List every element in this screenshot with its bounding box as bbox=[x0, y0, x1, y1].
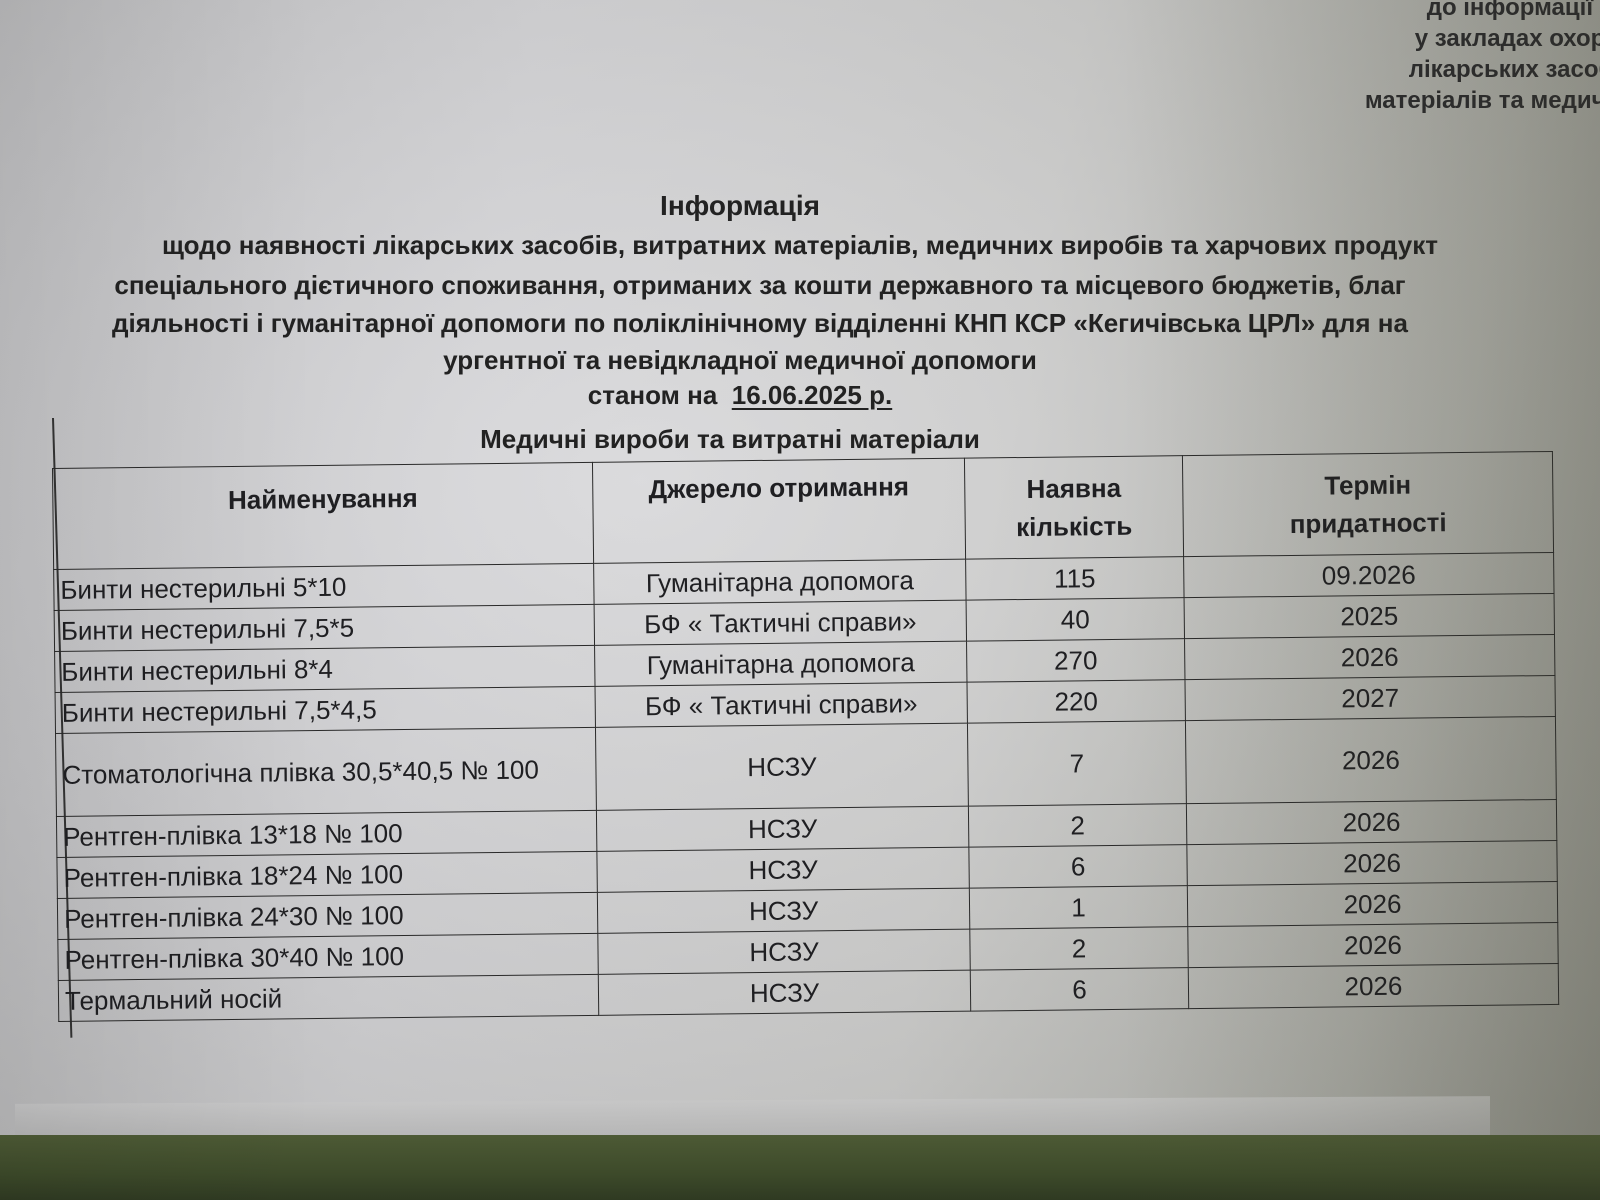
column-header-expiry-line: Термін bbox=[1189, 464, 1546, 506]
cell-name: Стоматологічна плівка 30,5*40,5 № 100 bbox=[56, 727, 597, 816]
column-header-expiry: Термін придатності bbox=[1182, 451, 1553, 556]
cell-name: Термальний носій bbox=[58, 974, 598, 1021]
cell-source: Гуманітарна допомога bbox=[595, 641, 967, 686]
cell-expiry: 2026 bbox=[1188, 922, 1558, 967]
date-value: 16.06.2025 р. bbox=[732, 380, 892, 410]
cell-source: НСЗУ bbox=[596, 806, 968, 851]
cell-source: НСЗУ bbox=[598, 970, 970, 1015]
description-line-2: спеціального дієтичного споживання, отри… bbox=[0, 270, 1560, 301]
corner-note: до інформації щ у закладах охоро лікарсь… bbox=[1365, 0, 1600, 116]
cell-quantity: 220 bbox=[967, 680, 1185, 723]
cell-name: Рентген-плівка 13*18 № 100 bbox=[56, 810, 596, 857]
as-of-date: станом на 16.06.2025 р. bbox=[0, 380, 1540, 411]
cell-name: Бинти нестерильні 7,5*4,5 bbox=[55, 686, 595, 733]
column-header-expiry-line: придатності bbox=[1190, 502, 1547, 544]
corner-note-line: лікарських засобі bbox=[1365, 54, 1600, 85]
cell-expiry: 2026 bbox=[1185, 634, 1555, 679]
cell-quantity: 2 bbox=[970, 927, 1188, 970]
cell-expiry: 2026 bbox=[1186, 799, 1556, 844]
cell-quantity: 6 bbox=[969, 845, 1187, 888]
cell-expiry: 2026 bbox=[1187, 840, 1557, 885]
description-line-3: діяльності і гуманітарної допомоги по по… bbox=[0, 308, 1560, 339]
cell-quantity: 40 bbox=[966, 598, 1184, 641]
cell-source: НСЗУ bbox=[595, 723, 968, 810]
cell-quantity: 7 bbox=[967, 721, 1186, 806]
cell-quantity: 2 bbox=[968, 804, 1186, 847]
inventory-table-wrap: Найменування Джерело отримання Наявна кі… bbox=[52, 451, 1573, 1022]
cell-quantity: 6 bbox=[970, 968, 1188, 1011]
corner-note-line: у закладах охоро bbox=[1365, 23, 1600, 54]
cell-expiry: 2026 bbox=[1187, 881, 1557, 926]
section-title: Медичні вироби та витратні матеріали bbox=[0, 424, 1530, 455]
cell-expiry: 09.2026 bbox=[1184, 552, 1554, 597]
cell-source: БФ « Тактичні справи» bbox=[595, 682, 967, 727]
date-prefix: станом на bbox=[588, 380, 718, 410]
cell-name: Бинти нестерильні 7,5*5 bbox=[54, 604, 594, 651]
cell-name: Рентген-плівка 30*40 № 100 bbox=[58, 933, 598, 980]
column-header-name: Найменування bbox=[53, 462, 594, 569]
column-header-source: Джерело отримання bbox=[592, 458, 965, 563]
cell-name: Рентген-плівка 24*30 № 100 bbox=[57, 892, 597, 939]
column-header-quantity-line: кількість bbox=[972, 506, 1177, 546]
description-line-4: ургентної та невідкладної медичної допом… bbox=[0, 345, 1540, 376]
table-header-row: Найменування Джерело отримання Наявна кі… bbox=[53, 451, 1554, 569]
cell-expiry: 2026 bbox=[1188, 963, 1558, 1008]
cell-expiry: 2025 bbox=[1184, 593, 1554, 638]
corner-note-line: до інформації щ bbox=[1365, 0, 1600, 23]
corner-note-line: матеріалів та медичн bbox=[1365, 85, 1600, 116]
column-header-quantity: Наявна кількість bbox=[964, 456, 1183, 559]
cell-source: НСЗУ bbox=[597, 847, 969, 892]
cell-source: НСЗУ bbox=[597, 888, 969, 933]
cell-quantity: 1 bbox=[969, 886, 1187, 929]
green-board-background bbox=[0, 1135, 1600, 1200]
inventory-table: Найменування Джерело отримання Наявна кі… bbox=[52, 451, 1559, 1022]
cell-quantity: 115 bbox=[966, 557, 1184, 600]
description-line-1: щодо наявності лікарських засобів, витра… bbox=[0, 230, 1600, 261]
cell-name: Рентген-плівка 18*24 № 100 bbox=[57, 851, 597, 898]
cell-expiry: 2027 bbox=[1185, 675, 1555, 720]
cell-quantity: 270 bbox=[967, 639, 1185, 682]
column-header-quantity-line: Наявна bbox=[971, 468, 1176, 508]
document-title: Інформація bbox=[0, 190, 1540, 222]
cell-source: БФ « Тактичні справи» bbox=[594, 600, 966, 645]
cell-source: Гуманітарна допомога bbox=[594, 559, 966, 604]
cell-name: Бинти нестерильні 8*4 bbox=[55, 645, 595, 692]
cell-name: Бинти нестерильні 5*10 bbox=[54, 563, 594, 610]
cell-expiry: 2026 bbox=[1185, 716, 1556, 803]
cell-source: НСЗУ bbox=[598, 929, 970, 974]
